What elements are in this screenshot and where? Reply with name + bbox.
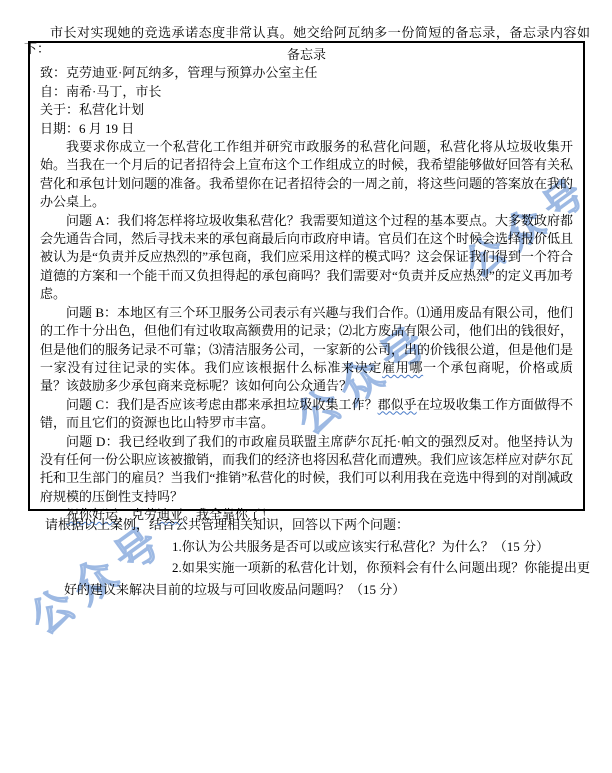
question-text: 你认为公共服务是否可以或应该实行私营化？为什么？（15 分）: [182, 539, 549, 554]
paragraph-text: 问题 A：我们将怎样将垃圾收集私营化？我需要知道这个过程的基本要点。大多数政府都…: [40, 213, 573, 302]
memo-body: 我要求你成立一个私营化工作组并研究市政服务的私营化问题，私营化将从垃圾收集开始。…: [40, 138, 573, 525]
memo-header-line: 日期：6 月 19 日: [40, 120, 573, 138]
question-item: 2.如果实施一项新的私营化计划，你预料会有什么问题出现？你能提出更好的建议来解决…: [64, 557, 590, 600]
memo-header-line: 关于：私营化计划: [40, 101, 573, 119]
questions-lead: 请根据以上案例，结合公共管理相关知识，回答以下两个问题：: [24, 514, 590, 536]
memo-paragraph: 问题 D：我已经收到了我们的市政雇员联盟主席萨尔瓦托·帕文的强烈反对。他坚持认为…: [40, 433, 573, 507]
memo-header-line: 自：南希·马丁，市长: [40, 83, 573, 101]
memo-title: 备忘录: [40, 46, 573, 64]
document-content: 市长对实现她的竞选承诺态度非常认真。她交给阿瓦纳多一份简短的备忘录，备忘录内容如…: [0, 0, 612, 773]
memo-paragraph: 我要求你成立一个私营化工作组并研究市政服务的私营化问题，私营化将从垃圾收集开始。…: [40, 138, 573, 212]
memo-paragraph: 问题 B：本地区有三个环卫服务公司表示有兴趣与我们合作。⑴通用废品有限公司，他们…: [40, 304, 573, 396]
memo-header-line: 致：克劳迪亚·阿瓦纳多，管理与预算办公室主任: [40, 64, 573, 82]
questions-section: 请根据以上案例，结合公共管理相关知识，回答以下两个问题： 1.你认为公共服务是否…: [24, 514, 590, 600]
question-number: 2.: [118, 557, 182, 579]
paragraph-text: 问题 D：我已经收到了我们的市政雇员联盟主席萨尔瓦托·帕文的强烈反对。他坚持认为…: [40, 434, 573, 504]
memo-paragraph: 问题 C：我们是否应该考虑由郡来承担垃圾收集工作？郡似乎在垃圾收集工作方面做得不…: [40, 396, 573, 433]
question-number: 1.: [118, 536, 182, 558]
memo-box: 备忘录 致：克劳迪亚·阿瓦纳多，管理与预算办公室主任自：南希·马丁，市长关于：私…: [28, 41, 585, 511]
memo-paragraph: 问题 A：我们将怎样将垃圾收集私营化？我需要知道这个过程的基本要点。大多数政府都…: [40, 212, 573, 304]
questions-list: 1.你认为公共服务是否可以或应该实行私营化？为什么？（15 分）2.如果实施一项…: [24, 536, 590, 601]
question-item: 1.你认为公共服务是否可以或应该实行私营化？为什么？（15 分）: [64, 536, 590, 558]
spellcheck-underlined-text: 郡似乎: [378, 397, 417, 412]
memo-header: 致：克劳迪亚·阿瓦纳多，管理与预算办公室主任自：南希·马丁，市长关于：私营化计划…: [40, 64, 573, 138]
paragraph-text: 我要求你成立一个私营化工作组并研究市政服务的私营化问题，私营化将从垃圾收集开始。…: [40, 139, 573, 209]
document-page: 公众号 公众号 公众号 市长对实现她的竞选承诺态度非常认真。她交给阿瓦纳多一份简…: [0, 0, 612, 773]
spellcheck-underlined-text: 雇用哪: [382, 360, 423, 375]
paragraph-text: 问题 C：我们是否应该考虑由郡来承担垃圾收集工作？: [66, 397, 378, 412]
